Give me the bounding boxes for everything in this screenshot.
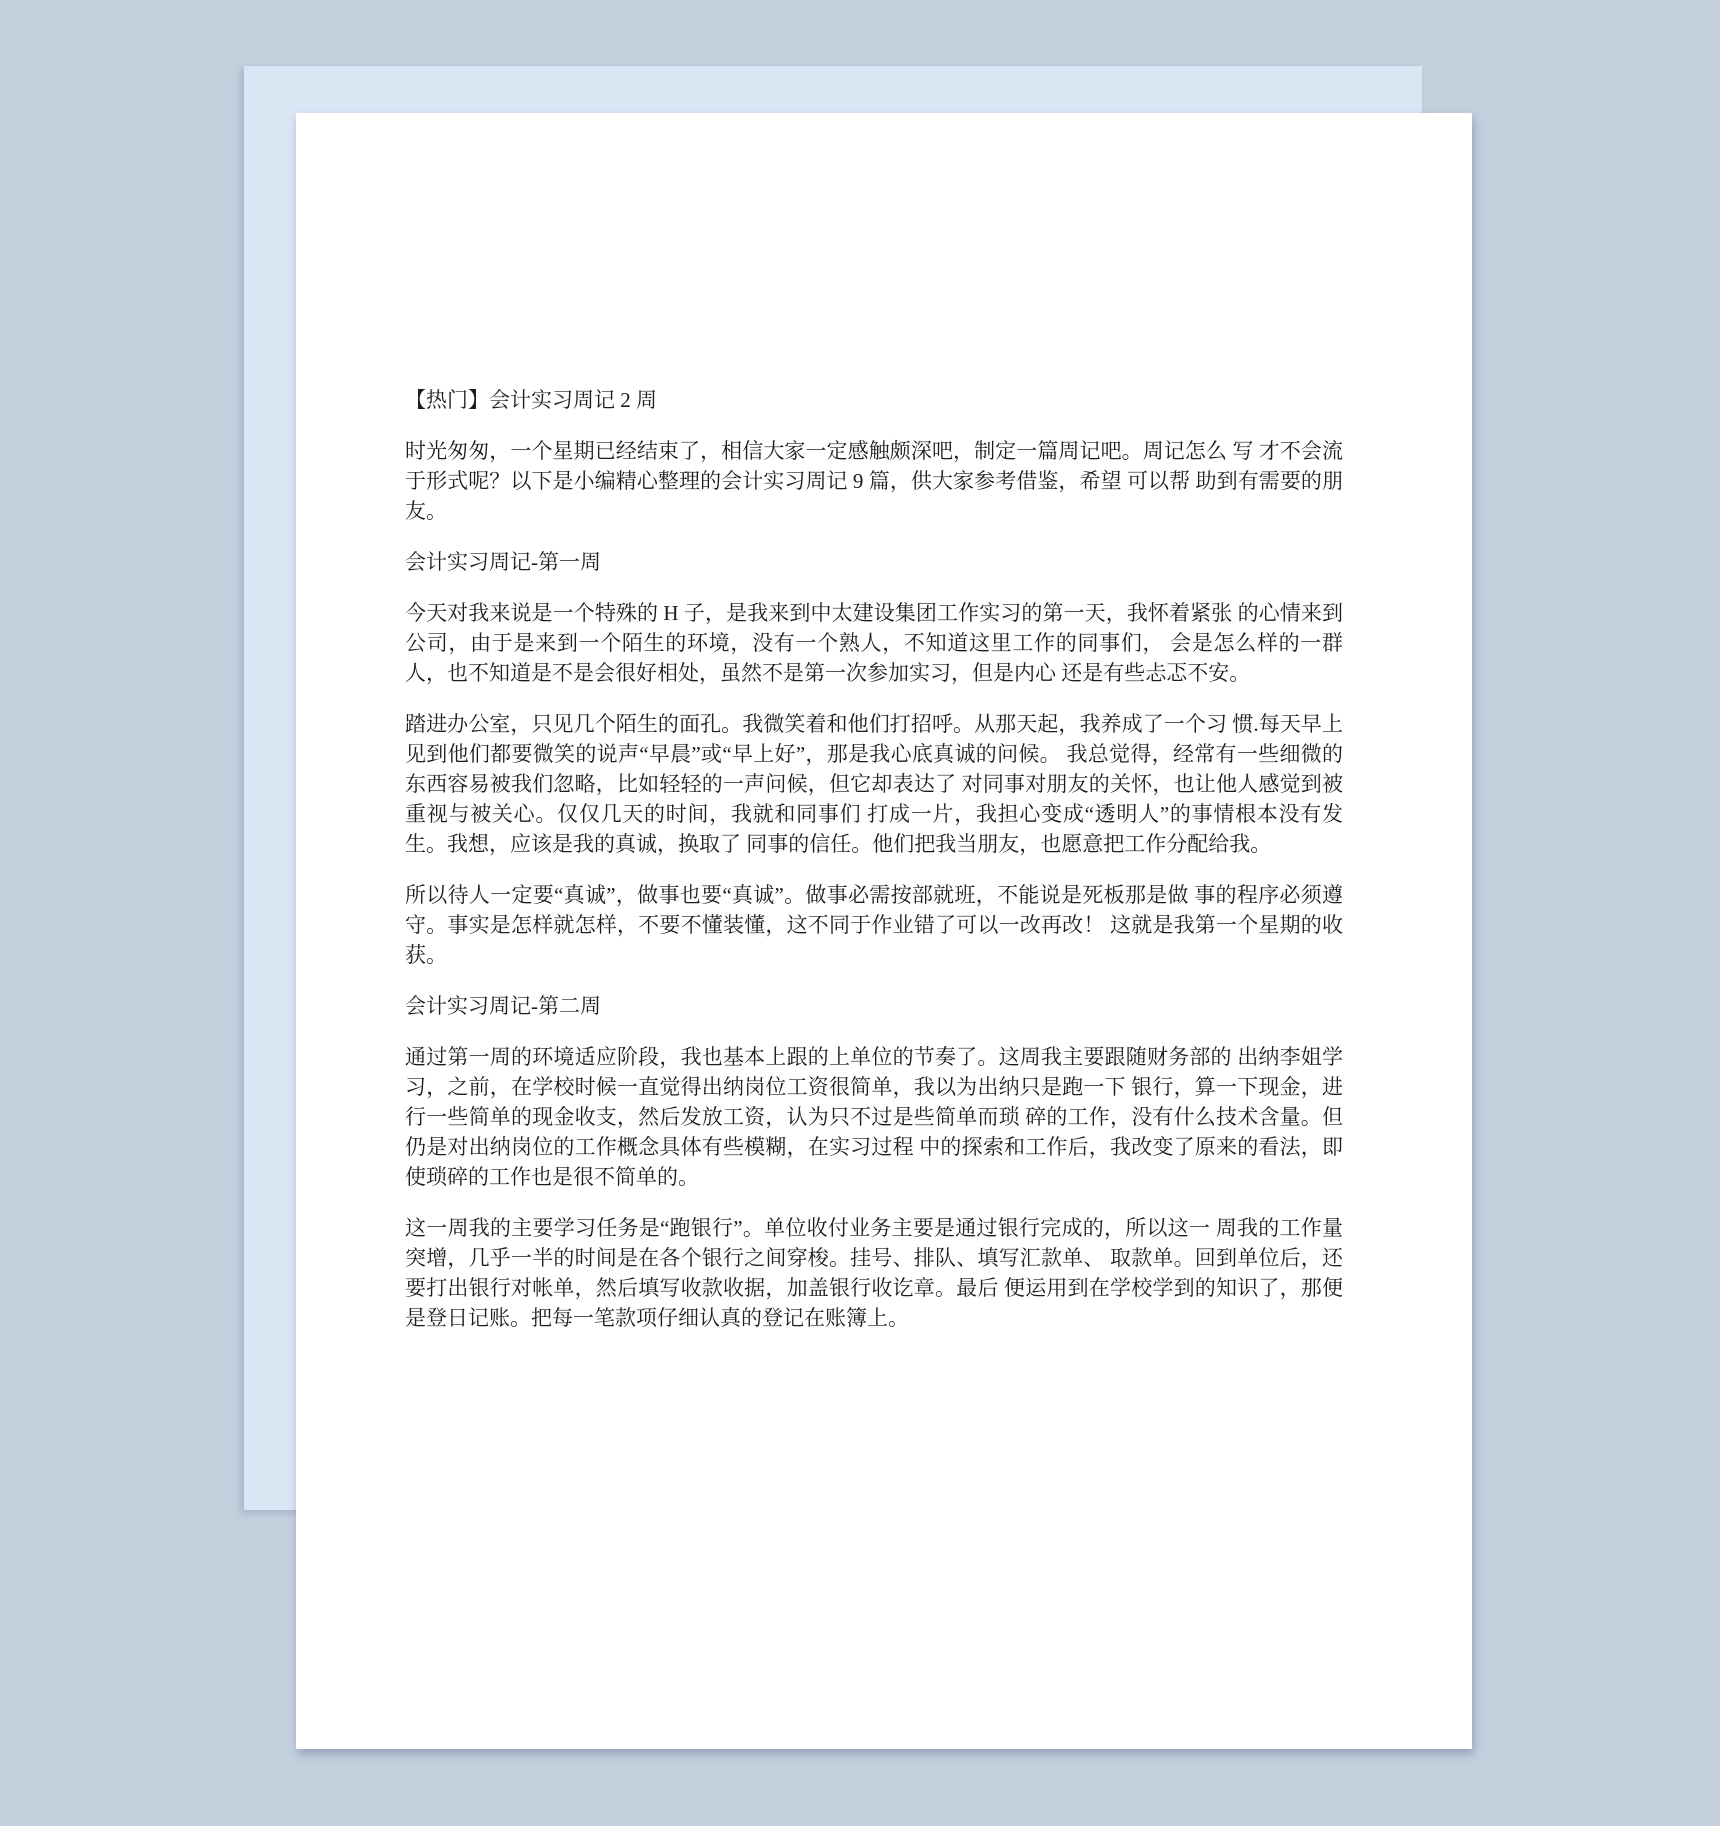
section-heading-week2: 会计实习周记-第二周: [405, 991, 1343, 1021]
week2-paragraph-2: 这一周我的主要学习任务是“跑银行”。单位收付业务主要是通过银行完成的，所以这一 …: [405, 1213, 1343, 1333]
desktop-background: { "page": { "background_color": "#c5d0de…: [0, 0, 1720, 1826]
intro-paragraph: 时光匆匆，一个星期已经结束了，相信大家一定感触颇深吧，制定一篇周记吧。周记怎么 …: [405, 436, 1343, 526]
document-content: 【热门】会计实习周记 2 周 时光匆匆，一个星期已经结束了，相信大家一定感触颇深…: [296, 113, 1472, 1333]
week1-paragraph-2: 踏进办公室，只见几个陌生的面孔。我微笑着和他们打招呼。从那天起，我养成了一个习 …: [405, 709, 1343, 859]
week1-paragraph-3: 所以待人一定要“真诚”，做事也要“真诚”。做事必需按部就班，不能说是死板那是做 …: [405, 880, 1343, 970]
document-title: 【热门】会计实习周记 2 周: [405, 385, 1343, 415]
document-page: 【热门】会计实习周记 2 周 时光匆匆，一个星期已经结束了，相信大家一定感触颇深…: [296, 113, 1472, 1749]
week1-paragraph-1: 今天对我来说是一个特殊的 H 子，是我来到中太建设集团工作实习的第一天，我怀着紧…: [405, 598, 1343, 688]
section-heading-week1: 会计实习周记-第一周: [405, 547, 1343, 577]
week2-paragraph-1: 通过第一周的环境适应阶段，我也基本上跟的上单位的节奏了。这周我主要跟随财务部的 …: [405, 1042, 1343, 1192]
